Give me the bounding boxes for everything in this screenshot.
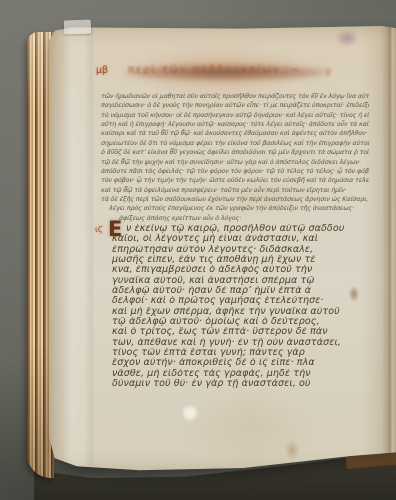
- gospel-line: μωσῆς εἶπεν, ἐάν τις ἀποθάνῃ μὴ ἔχων τέ: [112, 255, 354, 265]
- photo-background: περὶ τῶν σαδδουκαίων :~ μβ ϙ τῶν ἡρωδιαν…: [0, 0, 396, 500]
- gospel-line: ν ἐκείνῳ τῷ καιρῷ, προσῆλθον αὐτῷ σαδδου: [112, 224, 354, 234]
- gospel-line: καῖοι, οἱ λέγοντες μὴ εἶναι ἀνάστασιν, κ…: [112, 234, 354, 244]
- rubric-end-mark: ϙ: [325, 66, 331, 77]
- gospel-text-block: ν ἐκείνῳ τῷ καιρῷ, προσῆλθον αὐτῷ σαδδου…: [112, 224, 354, 390]
- commentary-line: λέγει πρὸς αὐτοὺς ἐπαγόμενος ἐκ τῶν γραφ…: [109, 204, 370, 213]
- commentary-line: τῷ δὲ θ̅ῳ̅ τὴν ψυχὴν καὶ τὴν συνείδησιν·…: [101, 158, 370, 167]
- parchment-page: περὶ τῶν σαδδουκαίων :~ μβ ϙ τῶν ἡρωδιαν…: [49, 26, 396, 472]
- commentary-line: καὶ τῷ θ̅ῳ̅ τὰ ὀφειλόμενα προσφέρειν· τα…: [101, 186, 370, 195]
- gospel-line: δύναμιν τοῦ θ̅υ̅· ἐν γὰρ τῇ ἀναστάσει, ο…: [112, 379, 354, 389]
- gospel-line: ἐπηρώτησαν αὐτὸν λέγοντες· διδάσκαλε,: [112, 245, 354, 255]
- commentary-line: καίσαρι καὶ τὰ τοῦ θ̅υ̅ τῷ θ̅ῳ̅· καὶ ἀκο…: [101, 129, 370, 138]
- tape-tab: [64, 20, 91, 35]
- gospel-line: ἀδελφῷ αὐτοῦ· ἦσαν δὲ παρ’ ἡμῖν ἑπτὰ ἀ: [112, 286, 354, 296]
- commentary-line: τὰ δὲ ἑξῆς περὶ τῶν σαδδουκαίων ἐχόντων …: [101, 195, 370, 204]
- gospel-line: δελφοί· καὶ ὁ πρῶτος γαμήσας ἐτελεύτησε·: [112, 296, 354, 306]
- commentary-line: τῶν ἡρωδιανῶν οἱ μαθηταὶ σὺν αὐτοῖς προσ…: [101, 92, 370, 101]
- gospel-line: τίνος τῶν ἑπτὰ ἔσται γυνή; πάντες γὰρ: [112, 348, 354, 358]
- rubric-title-text: περὶ τῶν σαδδουκαίων :~: [128, 64, 301, 76]
- commentary-line: ἀφίξεως ἁπάσης κρείττων οὖν ὁ λόγος·: [119, 214, 370, 223]
- gospel-line: γυναῖκα αὐτοῦ, καὶ ἀναστήσει σπέρμα τῷ: [112, 276, 354, 286]
- gospel-line: νᾶσθε, μὴ εἰδότες τὰς γραφὰς, μηδὲ τὴν: [112, 369, 354, 379]
- rubric-title-area: περὶ τῶν σαδδουκαίων :~: [118, 62, 330, 84]
- commentary-line: παγιδεύσωσιν· ὁ δὲ γνοὺς τὴν πονηρίαν αὐ…: [101, 101, 370, 110]
- commentary-line: ἀπόδοτε πᾶσι τὰς ὀφειλάς· τῷ τὸν φόρον τ…: [101, 167, 370, 176]
- commentary-text-block: τῶν ἡρωδιανῶν οἱ μαθηταὶ σὺν αὐτοῖς προσ…: [101, 92, 369, 223]
- commentary-line: ὁ ἄν̅ο̅ς̅ δὲ κατ’ εἰκόνα θ̅υ̅ γεγονὼς ὀφ…: [101, 148, 370, 157]
- gospel-line: καὶ μὴ ἔχων σπέρμα, ἀφῆκε τὴν γυναῖκα αὐ…: [112, 307, 354, 317]
- gospel-line: τῷ ἀδελφῷ αὐτοῦ· ὁμοίως καὶ ὁ δεύτερος,: [112, 317, 354, 327]
- commentary-line: τὸ νόμισμα τοῦ κήνσου· οἱ δὲ προσήνεγκαν…: [101, 111, 370, 120]
- gospel-line: ἔσχον αὐτήν· ἀποκριθεὶς δὲ ὁ ι̅ς̅ εἶπε· …: [112, 358, 354, 368]
- gospel-line: των, ἀπέθανε καὶ ἡ γυνή· ἐν τῇ οὖν ἀναστ…: [112, 338, 354, 348]
- commentary-line: τὸν φόβον· ᾧ τὴν τιμὴν τὴν τιμήν· ὥστε ο…: [101, 176, 370, 185]
- commentary-line: σημειωτέον δὲ ὅτι τὸ νόμισμα φέρει τὴν ε…: [101, 139, 370, 148]
- gospel-line: κνα, ἐπιγαμβρεύσει ὁ ἀδελφὸς αὐτοῦ τὴν: [112, 265, 354, 275]
- section-number: ιϚ: [95, 225, 103, 234]
- gospel-line: καὶ ὁ τρίτος, ἕως τῶν ἑπτά· ὕστερον δὲ π…: [112, 327, 354, 337]
- kephalaion-number: μβ: [96, 65, 108, 76]
